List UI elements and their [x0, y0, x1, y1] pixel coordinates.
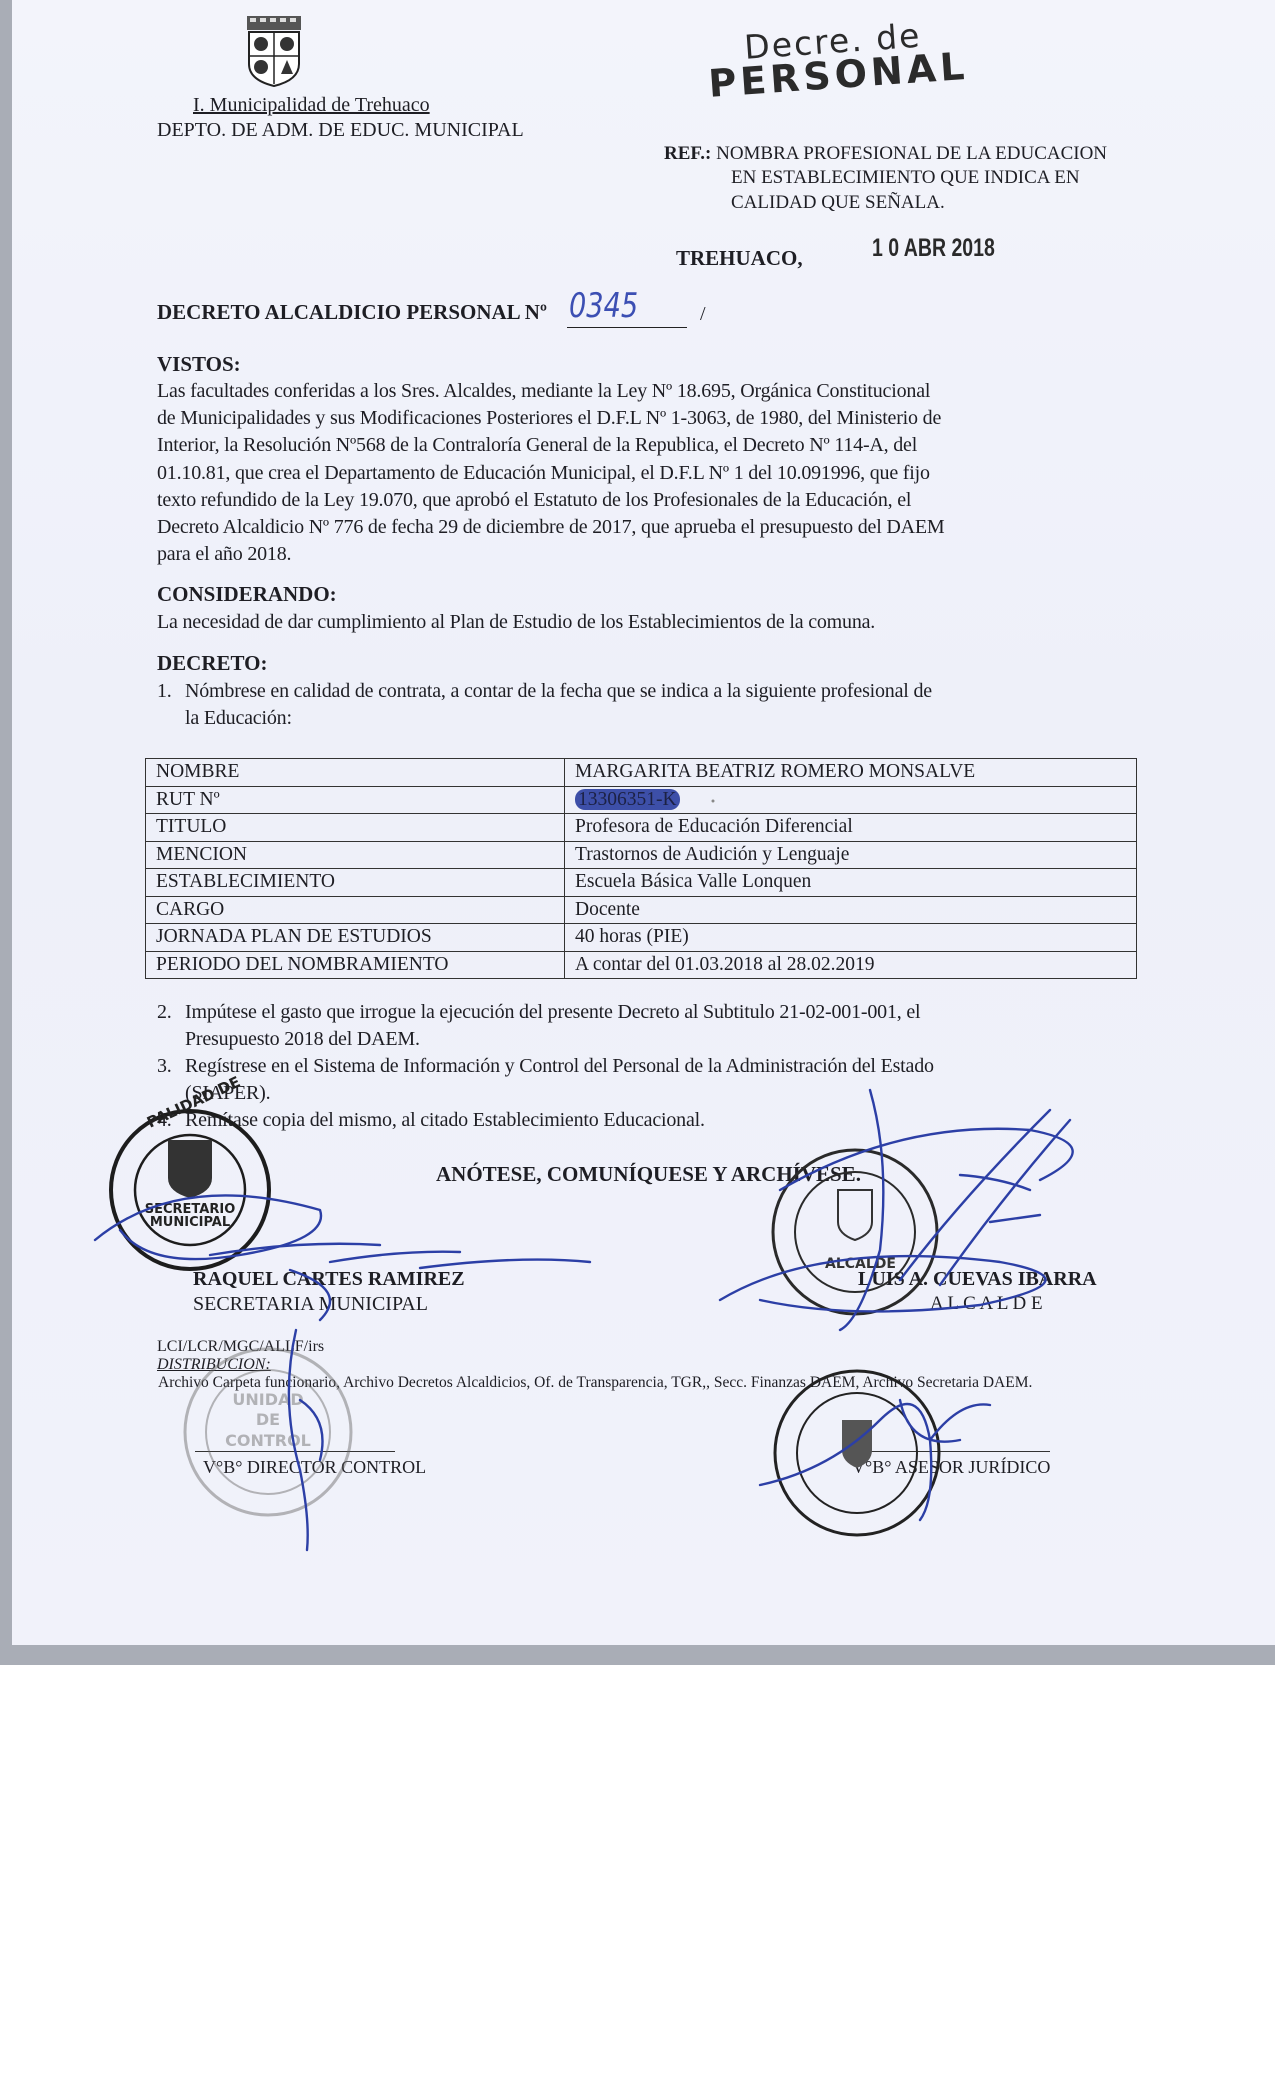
svg-text:MUNICIPAL: MUNICIPAL	[150, 1215, 230, 1230]
secretario-seal-icon: SECRETARIO MUNICIPAL PALIDAD DE	[111, 1073, 269, 1269]
mayor-signature	[720, 1090, 1073, 1330]
svg-text:DE: DE	[256, 1410, 280, 1429]
juridico-seal-icon	[775, 1371, 939, 1535]
svg-text:CONTROL: CONTROL	[225, 1431, 311, 1450]
alcalde-seal-icon: ALCALDE	[773, 1150, 937, 1314]
control-seal-icon: UNIDAD DE CONTROL	[185, 1349, 351, 1515]
seals-and-signatures: SECRETARIO MUNICIPAL PALIDAD DE ALCALDE …	[0, 0, 1275, 1665]
svg-text:UNIDAD: UNIDAD	[232, 1390, 303, 1409]
juridico-signature	[760, 1400, 990, 1520]
